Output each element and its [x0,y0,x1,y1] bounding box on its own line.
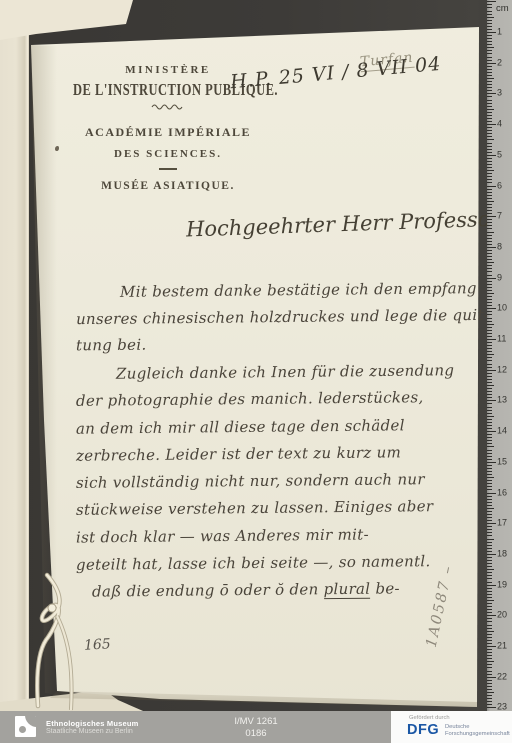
ruler-tick [487,228,492,229]
ruler-tick [487,664,492,665]
ruler-tick [487,14,492,15]
ruler-tick [487,284,492,285]
ruler-tick [487,241,492,242]
ruler-tick [487,186,496,187]
ruler-tick [487,265,492,266]
ruler-tick [487,480,492,481]
ruler-tick [487,680,492,681]
ruler-tick [487,314,492,315]
ruler-tick [487,32,496,33]
ruler-tick [487,219,492,220]
ruler-tick [487,572,492,573]
ruler-tick [487,582,492,583]
ruler-tick [487,29,492,30]
ruler-tick [487,149,492,150]
ruler-tick [487,308,496,309]
ruler-tick [487,72,492,73]
ruler-tick [487,84,492,85]
ruler-tick [487,96,492,97]
ruler-tick [487,437,492,438]
ruler-number: 21 [497,641,507,651]
ruler-tick [487,557,492,558]
ruler-tick [487,450,492,451]
letter-line: an dem ich mir all diese tage den schäde… [76,416,405,437]
ruler-tick [487,192,492,193]
ruler-tick [487,133,492,134]
letter-line: daß die endung ō oder ŏ den plural be- [92,580,400,601]
ruler-tick [487,373,492,374]
ruler-tick [487,588,492,589]
letter-line: stückweise verstehen zu lassen. Einiges … [76,498,433,520]
ruler-tick [487,422,492,423]
ruler-tick [487,35,492,36]
ruler-tick [487,1,496,2]
ruler-number: 10 [497,303,507,313]
ruler-tick [487,109,494,110]
ruler-number: 14 [497,426,507,436]
ruler-tick [487,324,494,325]
ruler-tick [487,609,492,610]
ruler-tick [487,434,492,435]
ruler-number: 13 [497,395,507,405]
ruler-tick [487,443,492,444]
ruler-tick [487,686,492,687]
ruler-number: 18 [497,548,507,558]
ruler-tick [487,112,492,113]
ruler-tick [487,222,492,223]
ruler-tick [487,477,494,478]
ruler-tick [487,514,492,515]
ruler-tick [487,695,492,696]
ruler-tick [487,600,494,601]
ruler-tick [487,152,492,153]
ruler-tick [487,489,492,490]
ruler-tick [487,103,492,104]
ruler-tick [487,235,492,236]
ruler-number: 19 [497,579,507,589]
ruler-tick [487,7,492,8]
ruler-tick [487,327,492,328]
ruler-tick [487,247,496,248]
ruler-tick [487,535,492,536]
ruler-tick [487,170,494,171]
ruler-tick [487,130,492,131]
ruler-tick [487,225,492,226]
ruler-tick [487,532,492,533]
letter-line: sich vollständig nicht nur, sondern auch… [76,470,425,492]
ruler-tick [487,47,494,48]
ruler-tick [487,545,492,546]
ruler-tick [487,416,494,417]
ruler-tick [487,631,494,632]
ruler-tick [487,628,492,629]
ruler-tick [487,244,492,245]
ruler-tick [487,649,492,650]
ruler-tick [487,569,494,570]
letter-line: zerbreche. Leider ist der text zu kurz u… [76,443,401,464]
ruler-tick [487,164,492,165]
ruler-tick [487,585,496,586]
ruler-tick [487,259,492,260]
ruler-tick [487,606,492,607]
ruler-tick [487,90,492,91]
ruler-tick [487,182,492,183]
ruler-tick [487,520,492,521]
ruler-tick [487,232,494,233]
ruler-tick [487,287,492,288]
ruler-tick [487,81,492,82]
ruler-tick [487,290,492,291]
ruler-tick [487,106,492,107]
ruler-tick [487,299,492,300]
ruler-tick [487,637,492,638]
ruler-tick [487,158,492,159]
ruler-tick [487,339,496,340]
ruler-tick [487,667,492,668]
ruler-tick [487,127,492,128]
ruler-tick [487,26,492,27]
ruler-tick [487,403,492,404]
ruler-tick [487,526,492,527]
ruler-tick [487,704,492,705]
ruler-tick [487,367,492,368]
ruler-tick [487,161,492,162]
ruler-tick [487,379,492,380]
ruler-tick [487,271,492,272]
ruler-tick [487,364,492,365]
ruler-tick [487,198,492,199]
ruler-tick [487,275,492,276]
ruler-tick [487,493,496,494]
ruler-tick [487,210,492,211]
ruler-tick [487,146,492,147]
ruler-tick [487,499,492,500]
ruler-number: 5 [497,149,502,159]
ruler-tick [487,342,492,343]
ruler-tick [487,397,492,398]
ruler-number: 16 [497,487,507,497]
ruler-number: 22 [497,671,507,681]
ruler-tick [487,407,492,408]
ruler-tick [487,591,492,592]
ruler-number: 15 [497,456,507,466]
ruler-tick [487,612,492,613]
ruler-tick [487,93,496,94]
ruler-tick [487,87,492,88]
ruler-tick [487,66,492,67]
letter-line: geteilt hat, lasse ich bei seite —, so n… [76,552,431,574]
ruler-tick [487,652,492,653]
ruler-tick [487,376,492,377]
ruler-tick [487,508,494,509]
ruler-tick [487,471,492,472]
ruler-tick [487,370,496,371]
ruler-tick [487,440,492,441]
ruler-tick [487,262,494,263]
ruler-number: 17 [497,518,507,528]
ruler-tick [487,143,492,144]
ruler-tick [487,256,492,257]
ruler-tick [487,167,492,168]
ruler-number: 6 [497,180,502,190]
ruler-tick [487,640,492,641]
ruler-tick [487,195,492,196]
ruler-number: 3 [497,88,502,98]
ruler-tick [487,496,492,497]
ruler-tick [487,431,496,432]
ruler-tick [487,318,492,319]
ruler-tick [487,511,492,512]
ruler-tick [487,539,494,540]
ruler-tick [487,671,492,672]
binding-thread [0,0,110,743]
ruler-number: 12 [497,364,507,374]
funding-caption: Gefördert durch [409,715,450,721]
ruler-tick [487,78,494,79]
ruler-tick [487,360,492,361]
ruler-tick [487,50,492,51]
dfg-org-name-line2: Forschungsgemeinschaft [445,731,510,737]
ruler-tick [487,674,492,675]
ruler-tick [487,388,492,389]
ruler-tick [487,597,492,598]
ruler-tick [487,179,492,180]
ruler-tick [487,661,494,662]
ruler-unit-label: cm [496,3,509,14]
ruler-tick [487,603,492,604]
ruler-tick [487,268,492,269]
letter-line: unseres chinesischen holzdruckes und leg… [76,306,489,328]
ruler-number: 11 [497,334,506,344]
ruler-tick [487,551,492,552]
underlined-word: plural [323,580,370,599]
ruler-tick [487,692,494,693]
ruler-number: 4 [497,119,502,129]
ruler-tick [487,330,492,331]
ruler-tick [487,311,492,312]
ruler-tick [487,563,492,564]
ruler-tick [487,296,492,297]
ruler-tick [487,354,494,355]
ruler-tick [487,38,492,39]
ruler-tick [487,60,492,61]
ruler-tick [487,63,496,64]
ruler-tick [487,400,496,401]
ruler-tick [487,57,492,58]
ruler-tick [487,419,492,420]
ruler-tick [487,176,492,177]
ruler-tick [487,456,492,457]
ruler-number: 1 [497,27,502,37]
ruler-number: 20 [497,610,507,620]
ruler-tick [487,250,492,251]
ruler-tick [487,413,492,414]
ruler-tick [487,575,492,576]
ruler-number: 7 [497,211,502,221]
ruler-tick [487,17,494,18]
ruler-tick [487,646,496,647]
ruler-tick [487,121,492,122]
ruler-tick [487,11,492,12]
ruler-tick [487,621,492,622]
ruler-tick [487,382,492,383]
ruler-tick [487,321,492,322]
ruler-tick [487,139,494,140]
ruler-tick [487,23,492,24]
ruler-tick [487,41,492,42]
letter-line: ist doch klar — was Anderes mir mit- [76,525,369,546]
dfg-logo: DFG [407,722,439,738]
ruler-tick [487,385,494,386]
ruler-tick [487,201,494,202]
ruler-tick [487,207,492,208]
ruler-tick [487,69,492,70]
ruler-tick [487,483,492,484]
ruler-tick [487,683,492,684]
ruler-tick [487,53,492,54]
ruler-tick [487,278,496,279]
ruler-tick [487,618,492,619]
letter-line: der photographie des manich. lederstücke… [76,388,424,410]
ruler-tick [487,428,492,429]
ruler-number: 9 [497,272,502,282]
ruler-tick [487,124,496,125]
ruler-tick [487,173,492,174]
ruler-tick [487,75,492,76]
ruler-tick [487,44,492,45]
ruler-tick [487,351,492,352]
ruler-tick [487,410,492,411]
ruler-tick [487,4,492,5]
ruler-tick [487,293,494,294]
ruler-tick [487,155,496,156]
ruler-tick [487,281,492,282]
ruler-tick [487,523,496,524]
ruler-tick [487,345,492,346]
ruler-tick [487,689,492,690]
ruler-tick [487,578,492,579]
ruler-tick [487,615,496,616]
ruler-tick [487,213,492,214]
ruler-tick [487,655,492,656]
ruler-tick [487,238,492,239]
ruler-tick [487,658,492,659]
ruler-tick [487,336,492,337]
ruler-tick [487,459,492,460]
ruler-tick [487,542,492,543]
ruler-tick [487,548,492,549]
ruler-tick [487,136,492,137]
ruler-tick [487,20,492,21]
ruler-number: 2 [497,57,502,67]
ruler-tick [487,554,496,555]
ruler-tick [487,305,492,306]
ruler-tick [487,634,492,635]
letter-line: Zugleich danke ich Inen für die zusendun… [116,361,454,383]
ruler-tick [487,701,492,702]
ruler-tick [487,118,492,119]
ruler-tick [487,462,496,463]
ruler-tick [487,302,492,303]
ruler-tick [487,204,492,205]
ruler-tick [487,677,496,678]
ruler-tick [487,468,492,469]
ruler-tick [487,486,492,487]
ruler-tick [487,216,496,217]
ruler-tick [487,517,492,518]
ruler-tick [487,465,492,466]
ruler-tick [487,502,492,503]
ruler-tick [487,453,492,454]
ruler-tick [487,594,492,595]
ruler-tick [487,100,492,101]
ruler-tick [487,625,492,626]
ruler: cm 1234567891011121314151617181920212223 [487,0,512,711]
ruler-tick [487,425,492,426]
ruler-tick [487,357,492,358]
ruler-tick [487,333,492,334]
dfg-org-name-line1: Deutsche [445,724,470,730]
ruler-tick [487,115,492,116]
ruler-tick [487,643,492,644]
ruler-tick [487,707,496,708]
ruler-number: 8 [497,241,502,251]
ruler-tick [487,505,492,506]
ruler-tick [487,391,492,392]
ruler-tick [487,189,492,190]
ruler-tick [487,446,494,447]
ruler-tick [487,348,492,349]
ruler-tick [487,253,492,254]
ruler-tick [487,394,492,395]
ruler-tick [487,698,492,699]
letter-line: Mit bestem danke bestätige ich den empfa… [120,279,477,301]
ruler-tick [487,474,492,475]
ruler-tick [487,560,492,561]
ruler-tick [487,529,492,530]
ruler-tick [487,566,492,567]
